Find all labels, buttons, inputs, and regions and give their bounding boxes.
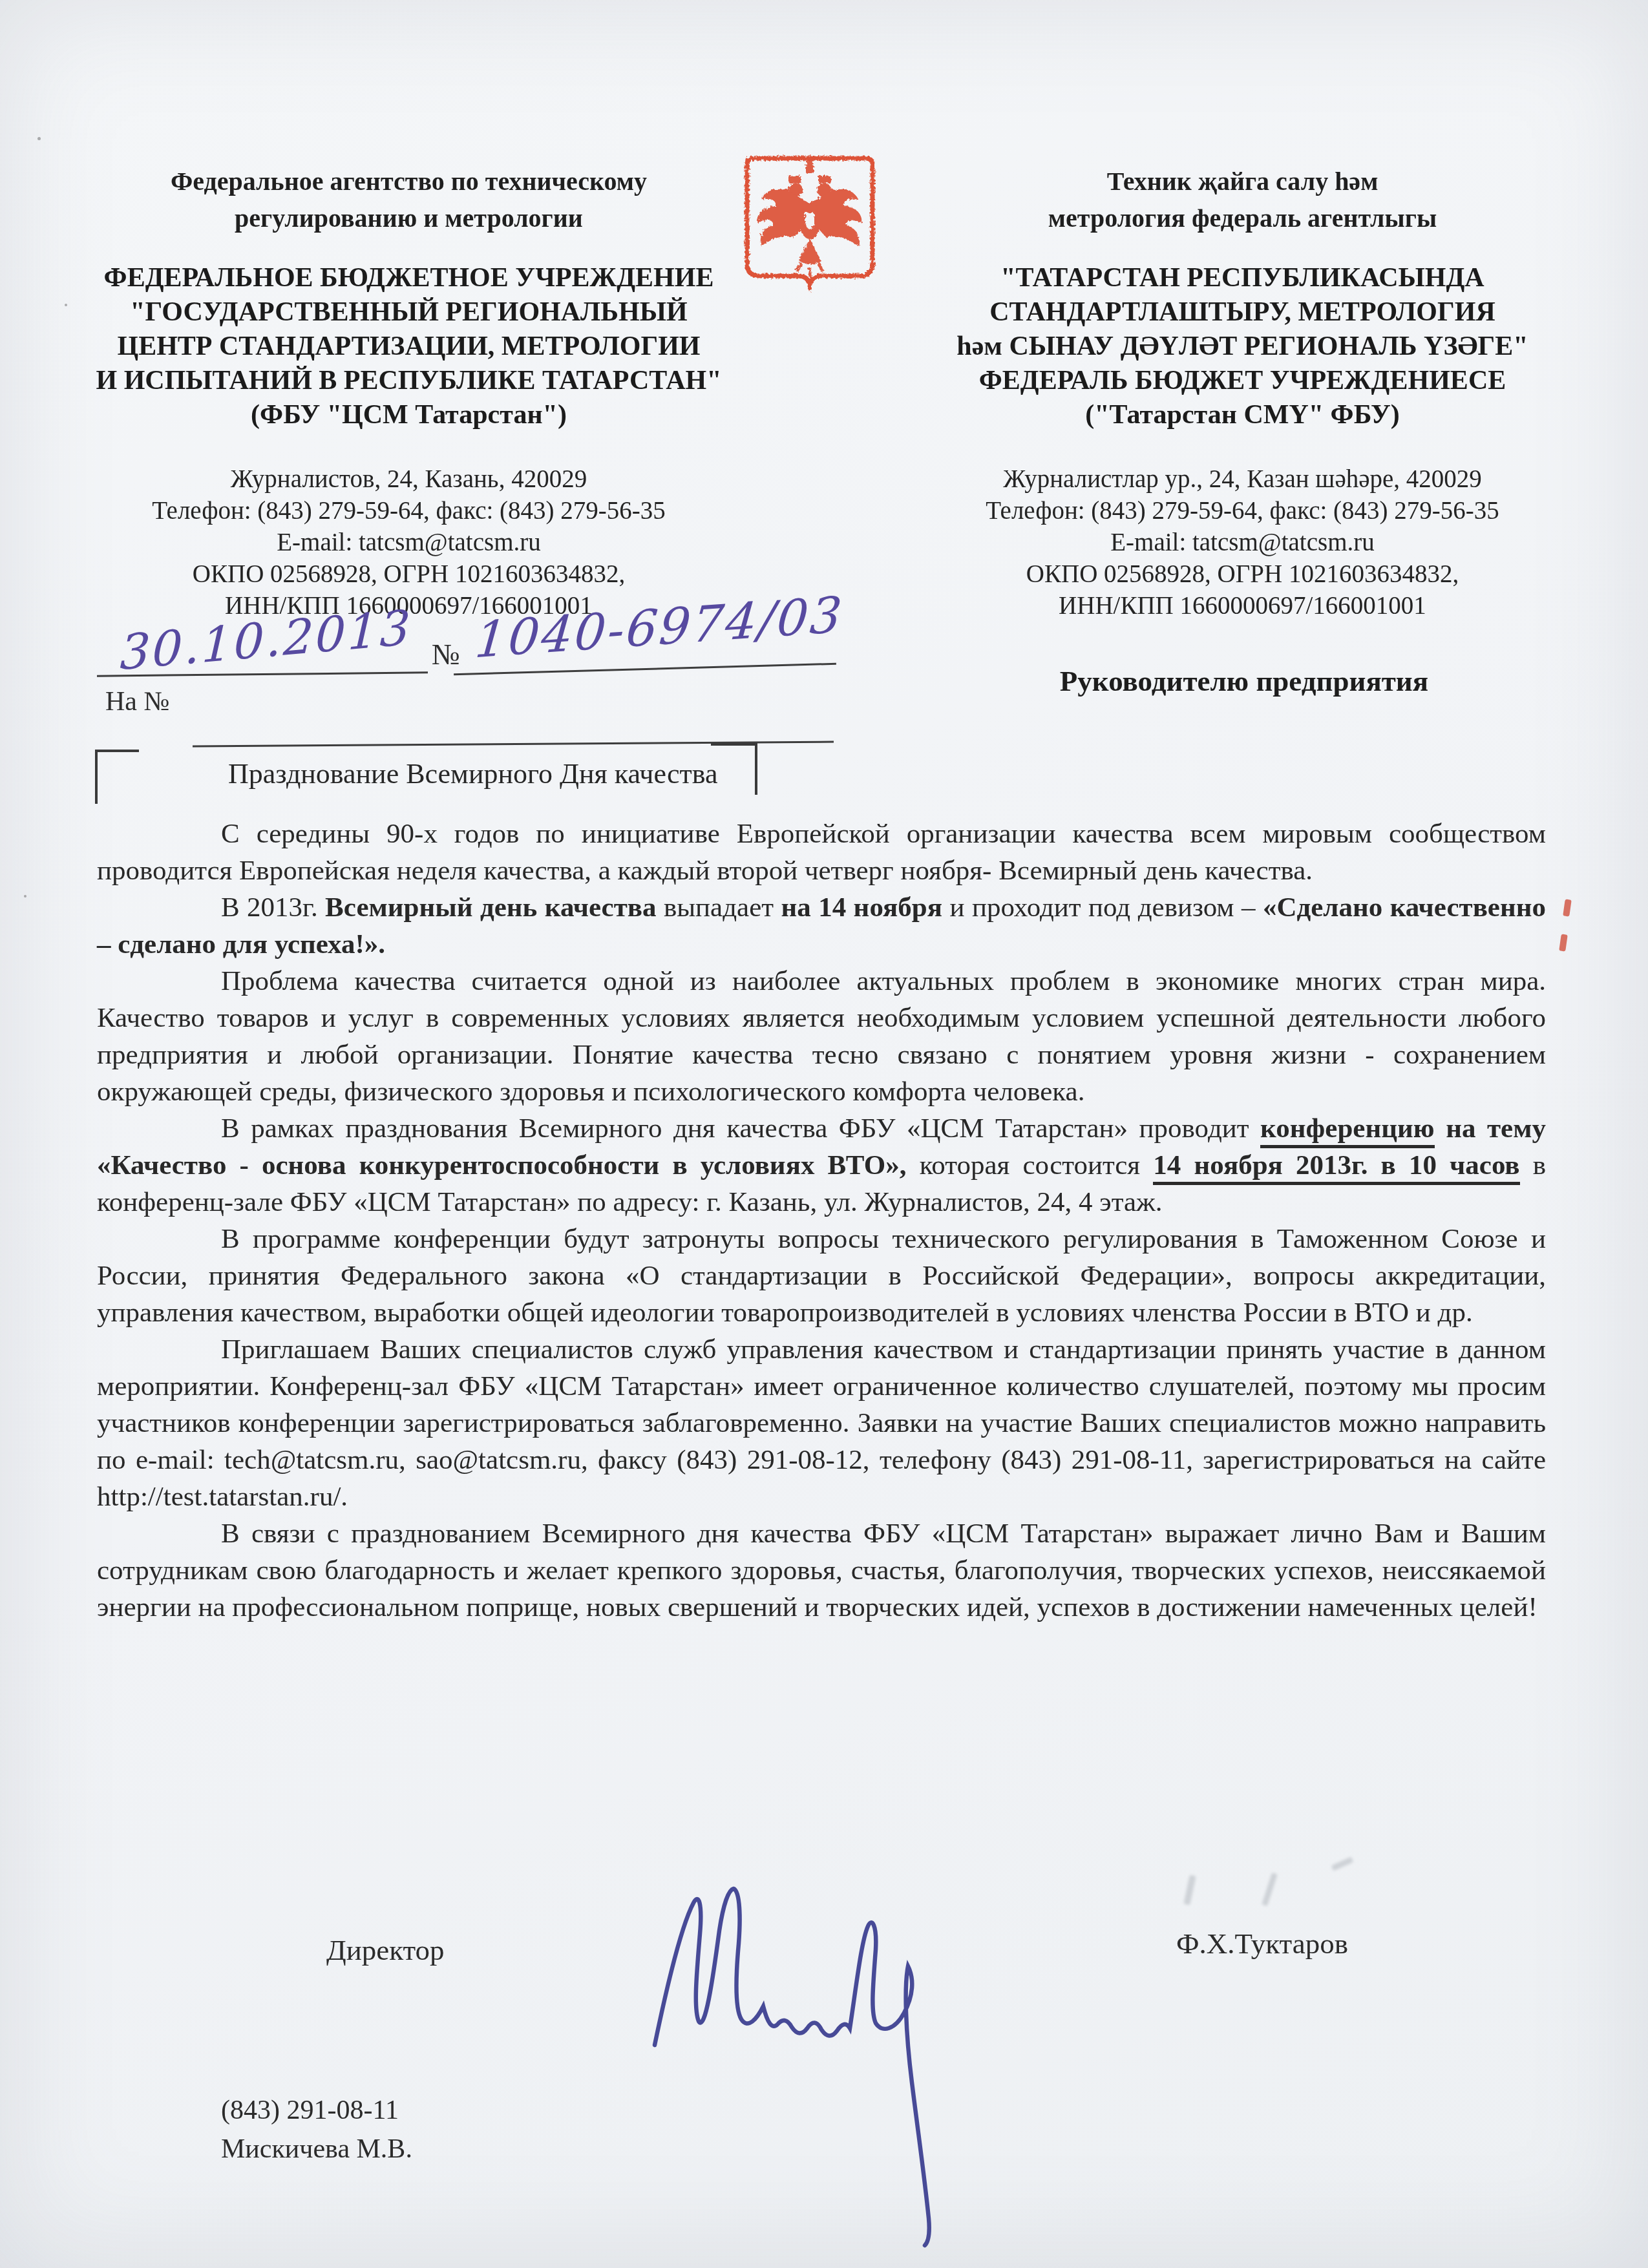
body-paragraph: В связи с празднованием Всемирного дня к… [97, 1515, 1546, 1626]
address-line-tatar: Телефон: (843) 279-59-64, факс: (843) 27… [895, 495, 1590, 527]
eagle-figure [757, 160, 862, 277]
org-name-block-tatar: "ТАТАРСТАН РЕСПУБЛИКАСЫНДА СТАНДАРТЛАШТЫ… [895, 261, 1590, 432]
body-paragraph: В рамках празднования Всемирного дня кач… [97, 1110, 1546, 1221]
address-line-tatar: E-mail: tatcsm@tatcsm.ru [895, 527, 1590, 558]
letter-body: С середины 90-х годов по инициативе Евро… [97, 815, 1546, 1626]
header-right-column: Техник җайга салу һәм метрология федерал… [895, 163, 1590, 622]
body-paragraph: В программе конференции будут затронуты … [97, 1221, 1546, 1331]
scan-speck [569, 1312, 571, 1314]
address-line: E-mail: tatcsm@tatcsm.ru [61, 527, 756, 558]
fold-mark-right [711, 743, 757, 795]
signer-title: Директор [326, 1933, 445, 1967]
address-block: Журналистов, 24, Казань, 420029 Телефон:… [61, 463, 756, 622]
executor-phone: (843) 291-08-11 [221, 2095, 399, 2126]
org-name-line-tatar: ("Татарстан СМҮ" ФБУ) [895, 398, 1590, 432]
address-line-tatar: ОКПО 02568928, ОГРН 1021603634832, [895, 558, 1590, 590]
header-left-column: Федеральное агентство по техническому ре… [61, 163, 756, 622]
address-line-tatar: ИНН/КПП 1660000697/166001001 [895, 590, 1590, 622]
org-name-line: И ИСПЫТАНИЙ В РЕСПУБЛИКЕ ТАТАРСТАН" [61, 364, 756, 398]
addressee: Руководителю предприятия [902, 664, 1587, 698]
agency-name-line-tatar: Техник җайга салу һәм [895, 163, 1590, 200]
body-paragraph: Приглашаем Ваших специалистов служб упра… [97, 1331, 1546, 1515]
scan-red-mark [1563, 899, 1572, 916]
scan-red-mark [1559, 934, 1568, 951]
scan-speck [65, 304, 67, 306]
address-line-tatar: Журналистлар ур., 24, Казан шәһәре, 4200… [895, 463, 1590, 495]
org-name-line-tatar: ФЕДЕРАЛЬ БЮДЖЕТ УЧРЕЖДЕНИЕСЕ [895, 364, 1590, 398]
org-name-line: "ГОСУДАРСТВЕННЫЙ РЕГИОНАЛЬНЫЙ [61, 295, 756, 330]
body-paragraph: В 2013г. Всемирный день качества выпадае… [97, 889, 1546, 963]
body-paragraph: С середины 90-х годов по инициативе Евро… [97, 815, 1546, 889]
org-name-line: (ФБУ "ЦСМ Татарстан") [61, 398, 756, 432]
agency-name-line: регулированию и метрологии [61, 200, 756, 236]
address-block-tatar: Журналистлар ур., 24, Казан шәһәре, 4200… [895, 463, 1590, 622]
address-line: Журналистов, 24, Казань, 420029 [61, 463, 756, 495]
body-paragraph: Проблема качества считается одной из наи… [97, 963, 1546, 1110]
signature-ink [630, 1869, 1044, 2263]
signer-name: Ф.Х.Туктаров [1176, 1927, 1348, 1960]
stamp-residue [1262, 1873, 1278, 1906]
emblem-double-headed-eagle [743, 154, 876, 315]
scan-speck [24, 895, 26, 898]
org-name-line-tatar: "ТАТАРСТАН РЕСПУБЛИКАСЫНДА [895, 261, 1590, 295]
subject-line: Празднование Всемирного Дня качества [228, 757, 718, 790]
stamp-residue [1183, 1874, 1196, 1905]
org-name-line-tatar: һәм СЫНАУ ДӘҮЛӘТ РЕГИОНАЛЬ ҮЗӘГЕ" [895, 330, 1590, 364]
agency-name-line-tatar: метрология федераль агентлыгы [895, 200, 1590, 236]
address-line: Телефон: (843) 279-59-64, факс: (843) 27… [61, 495, 756, 527]
org-name-line: ЦЕНТР СТАНДАРТИЗАЦИИ, МЕТРОЛОГИИ [61, 330, 756, 364]
agency-name-line: Федеральное агентство по техническому [61, 163, 756, 200]
org-name-line: ФЕДЕРАЛЬНОЕ БЮДЖЕТНОЕ УЧРЕЖДЕНИЕ [61, 261, 756, 295]
reply-to-label: На № [105, 686, 170, 717]
executor-name: Мискичева М.В. [221, 2134, 412, 2165]
stamp-residue [1331, 1856, 1354, 1871]
scanned-letter-page: Федеральное агентство по техническому ре… [0, 0, 1648, 2268]
number-sign-label: № [432, 637, 460, 671]
org-name-line-tatar: СТАНДАРТЛАШТЫРУ, МЕТРОЛОГИЯ [895, 295, 1590, 330]
org-name-block: ФЕДЕРАЛЬНОЕ БЮДЖЕТНОЕ УЧРЕЖДЕНИЕ "ГОСУДА… [61, 261, 756, 432]
fold-mark-left [95, 750, 139, 804]
address-line: ОКПО 02568928, ОГРН 1021603634832, [61, 558, 756, 590]
scan-speck [37, 137, 41, 140]
